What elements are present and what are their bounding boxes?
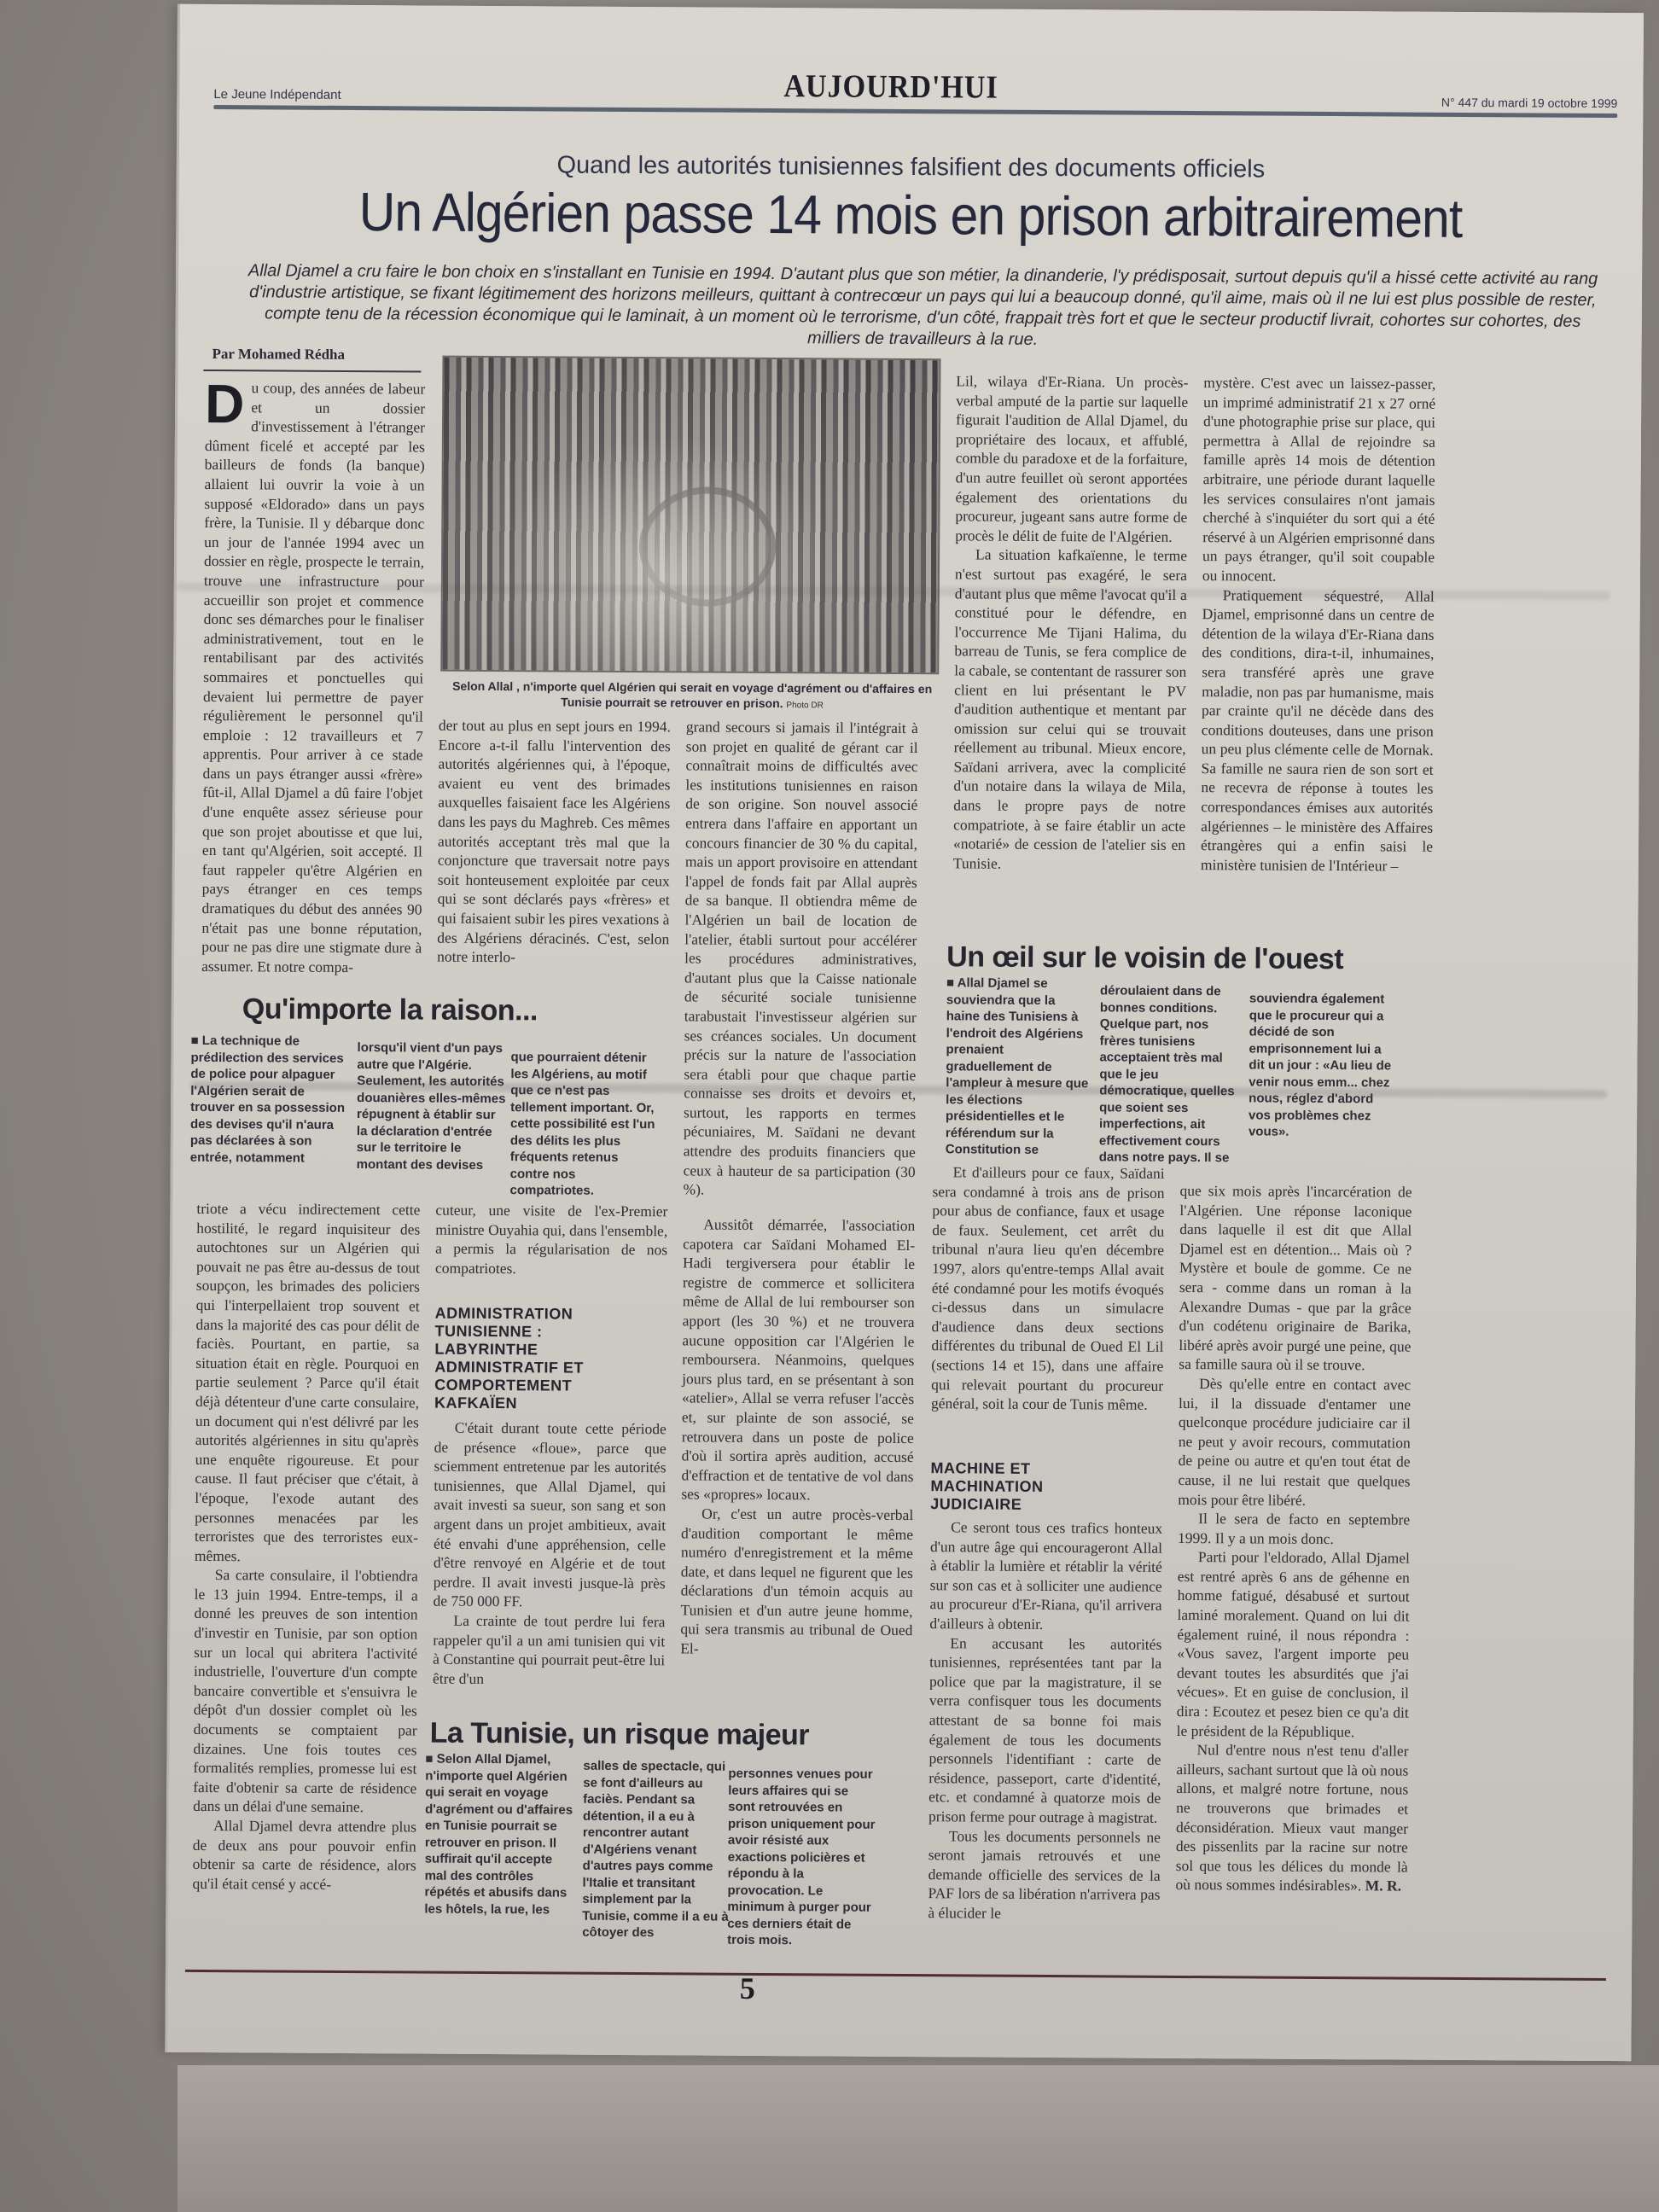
box-raison-col-3: que pourraient détenir les Algériens, au… — [509, 1049, 660, 1200]
page-number: 5 — [740, 1970, 755, 2006]
body-text: Dès qu'elle entre en contact avec lui, i… — [1178, 1374, 1411, 1511]
column-4-lower: Et d'ailleurs pour ce faux, Saïdani sera… — [931, 1162, 1165, 1414]
box-title-risque: La Tunisie, un risque majeur — [430, 1717, 810, 1753]
paper-fold-shadow — [178, 2065, 1659, 2212]
body-text: Pratiquement séquestré, Allal Djamel, em… — [1201, 585, 1435, 876]
box-raison-col-1: ■ La technique de prédilection des servi… — [190, 1033, 349, 1167]
body-text: Sa carte consulaire, il l'obtiendra le 1… — [193, 1565, 418, 1817]
body-text: grand secours si jamais il l'intégrait à… — [683, 717, 917, 1200]
column-4-lower-cont: Ce seront tous ces trafics honteux d'un … — [928, 1517, 1162, 1924]
column-2-lower-cont: C'était durant toute cette période de pr… — [433, 1418, 667, 1690]
box-oeil-col-2: déroulaient dans de bonnes conditions. Q… — [1099, 982, 1245, 1167]
publication-name: Le Jeune Indépendant — [213, 87, 341, 102]
folio-header: Le Jeune Indépendant AUJOURD'HUI N° 447 … — [179, 64, 1617, 110]
body-text: Aussitôt démarrée, l'association capoter… — [681, 1214, 915, 1505]
body-text: que six mois après l'incarcération de l'… — [1179, 1181, 1412, 1376]
box-risque-col-2: salles de spectacle, qui se font d'aille… — [582, 1758, 732, 1942]
body-text: u coup, des années de labeur et un dossi… — [201, 379, 425, 975]
body-text: triote a vécu indirectement cette hostil… — [195, 1199, 421, 1567]
box-risque-col-3: personnes venues pour leurs affaires qui… — [727, 1766, 877, 1950]
newspaper-page: Le Jeune Indépendant AUJOURD'HUI N° 447 … — [165, 4, 1644, 2061]
body-text: der tout au plus en sept jours en 1994. … — [437, 716, 671, 968]
column-5-upper: mystère. C'est avec un laissez-passer, u… — [1201, 373, 1436, 876]
section-title: AUJOURD'HUI — [784, 67, 998, 107]
column-3-lower: Aussitôt démarrée, l'association capoter… — [680, 1214, 915, 1659]
column-4-upper: Lil, wilaya d'Er-Riana. Un procès-verbal… — [953, 371, 1189, 874]
photo-caption: Selon Allal , n'importe quel Algérien qu… — [432, 678, 952, 715]
body-text: cuteur, une visite de l'ex-Premier minis… — [435, 1201, 668, 1279]
body-text: Il le sera de facto en septembre 1999. I… — [1178, 1509, 1410, 1549]
subhead-administration: ADMINISTRATION TUNISIENNE : LABYRINTHE A… — [434, 1305, 632, 1413]
author-signature: M. R. — [1365, 1877, 1401, 1895]
box-title-oeil: Un œil sur le voisin de l'ouest — [946, 940, 1343, 976]
box-oeil-col-3: souviendra également que le procureur qu… — [1249, 990, 1394, 1141]
subhead-machination: MACHINE ET MACHINATION JUDICIAIRE — [930, 1459, 1126, 1514]
body-text: Ce seront tous ces trafics honteux d'un … — [929, 1517, 1162, 1634]
box-title-raison: Qu'importe la raison... — [242, 992, 538, 1027]
column-1-upper: Du coup, des années de labeur et un doss… — [201, 378, 425, 977]
body-text: Et d'ailleurs pour ce faux, Saïdani sera… — [931, 1162, 1165, 1414]
article-photo — [440, 356, 940, 675]
body-text: La crainte de tout perdre lui fera rappe… — [433, 1611, 666, 1690]
issue-date: N° 447 du mardi 19 octobre 1999 — [1441, 96, 1618, 110]
body-text: En accusant les autorités tunisiennes, r… — [928, 1633, 1161, 1828]
byline: Par Mohamed Rédha — [212, 346, 345, 364]
box-risque-col-1: ■ Selon Allal Djamel, n'importe quel Alg… — [424, 1751, 574, 1918]
column-2-upper: der tout au plus en sept jours en 1994. … — [437, 716, 671, 968]
body-text: Allal Djamel devra attendre plus de deux… — [192, 1816, 416, 1895]
article-headline: Un Algérien passe 14 mois en prison arbi… — [261, 179, 1561, 250]
column-2-lower: cuteur, une visite de l'ex-Premier minis… — [435, 1201, 668, 1279]
drop-cap: D — [205, 381, 245, 426]
column-5-lower: que six mois après l'incarcération de l'… — [1176, 1181, 1412, 1896]
article-lead: Allal Djamel a cru faire le bon choix en… — [238, 260, 1609, 354]
box-oeil-col-1: ■ Allal Djamel se souviendra que la hain… — [946, 975, 1091, 1159]
body-text: Or, c'est un autre procès-verbal d'audit… — [680, 1504, 913, 1659]
photo-credit: Photo DR — [786, 701, 823, 710]
column-3-upper: grand secours si jamais il l'intégrait à… — [683, 717, 917, 1200]
byline-rule — [203, 370, 421, 373]
body-text: Parti pour l'eldorado, Allal Djamel est … — [1177, 1547, 1410, 1742]
box-raison-col-2: lorsqu'il vient d'un pays autre que l'Al… — [357, 1039, 507, 1173]
body-text: C'était durant toute cette période de pr… — [434, 1418, 667, 1613]
body-text: Nul d'entre nous n'est tenu d'aller aill… — [1176, 1741, 1409, 1894]
bottom-rule — [185, 1970, 1606, 1981]
column-1-lower: triote a vécu indirectement cette hostil… — [192, 1199, 420, 1895]
body-text: Tous les documents personnels ne seront … — [928, 1826, 1161, 1924]
body-text: mystère. C'est avec un laissez-passer, u… — [1202, 373, 1436, 586]
body-text: Lil, wilaya d'Er-Riana. Un procès-verbal… — [955, 371, 1188, 546]
